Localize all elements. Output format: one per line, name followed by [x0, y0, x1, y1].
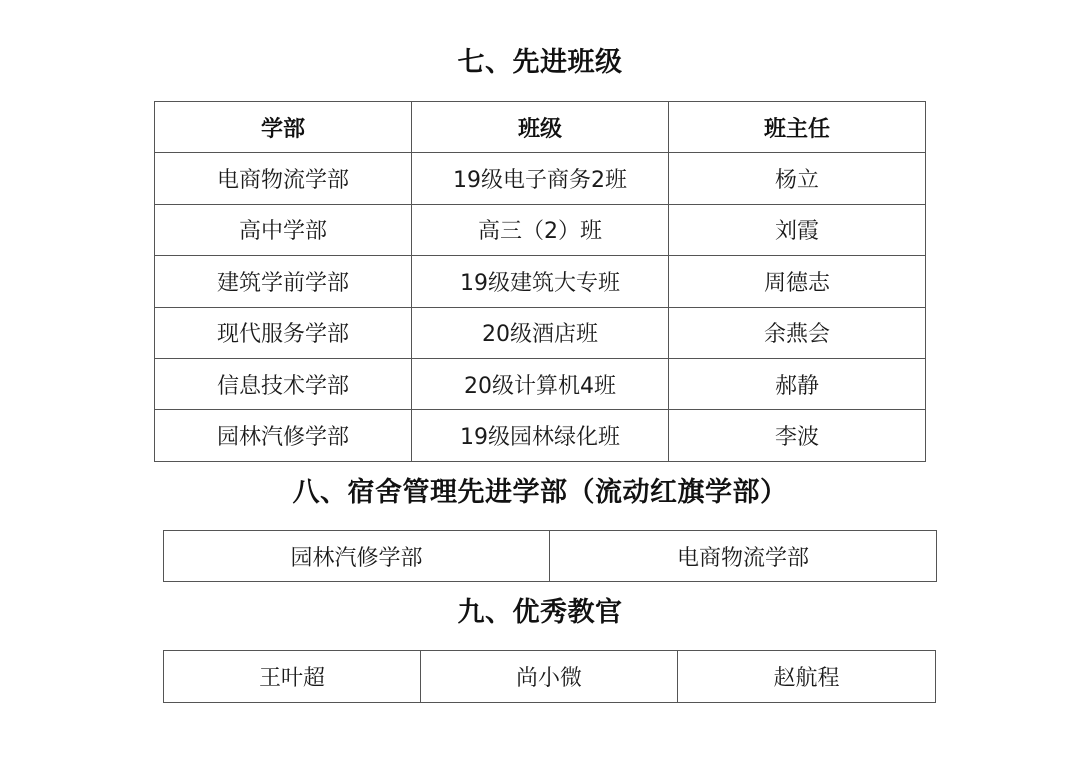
cell-head-teacher: 刘霞 [669, 204, 926, 255]
table-row: 电商物流学部 19级电子商务2班 杨立 [155, 153, 926, 204]
cell-head-teacher: 周德志 [669, 256, 926, 307]
table-row: 园林汽修学部 电商物流学部 [164, 531, 937, 582]
section-title-outstanding-instructors: 九、优秀教官 [0, 590, 1080, 629]
cell-class: 19级建筑大专班 [412, 256, 669, 307]
cell-instructor-name: 尚小微 [421, 651, 678, 703]
cell-department: 现代服务学部 [155, 307, 412, 358]
dormitory-departments-table: 园林汽修学部 电商物流学部 [163, 530, 937, 582]
cell-head-teacher: 杨立 [669, 153, 926, 204]
column-header-department: 学部 [155, 102, 412, 153]
table-row: 园林汽修学部 19级园林绿化班 李波 [155, 410, 926, 461]
cell-class: 20级酒店班 [412, 307, 669, 358]
column-header-class: 班级 [412, 102, 669, 153]
cell-head-teacher: 李波 [669, 410, 926, 461]
table-header-row: 学部 班级 班主任 [155, 102, 926, 153]
outstanding-instructors-table: 王叶超 尚小微 赵航程 [163, 650, 936, 703]
table-row: 高中学部 高三（2）班 刘霞 [155, 204, 926, 255]
cell-class: 高三（2）班 [412, 204, 669, 255]
cell-head-teacher: 郝静 [669, 358, 926, 409]
table-row: 建筑学前学部 19级建筑大专班 周德志 [155, 256, 926, 307]
cell-department: 高中学部 [155, 204, 412, 255]
cell-instructor-name: 王叶超 [164, 651, 421, 703]
cell-instructor-name: 赵航程 [678, 651, 936, 703]
table-row: 王叶超 尚小微 赵航程 [164, 651, 936, 703]
column-header-head-teacher: 班主任 [669, 102, 926, 153]
advanced-classes-table: 学部 班级 班主任 电商物流学部 19级电子商务2班 杨立 高中学部 高三（2）… [154, 101, 926, 462]
cell-class: 20级计算机4班 [412, 358, 669, 409]
cell-department: 信息技术学部 [155, 358, 412, 409]
cell-department: 园林汽修学部 [164, 531, 550, 582]
table-row: 现代服务学部 20级酒店班 余燕会 [155, 307, 926, 358]
cell-head-teacher: 余燕会 [669, 307, 926, 358]
section-title-dormitory-management: 八、宿舍管理先进学部（流动红旗学部） [0, 470, 1080, 509]
table-row: 信息技术学部 20级计算机4班 郝静 [155, 358, 926, 409]
cell-class: 19级园林绿化班 [412, 410, 669, 461]
cell-department: 园林汽修学部 [155, 410, 412, 461]
cell-class: 19级电子商务2班 [412, 153, 669, 204]
section-title-advanced-classes: 七、先进班级 [0, 40, 1080, 79]
cell-department: 电商物流学部 [155, 153, 412, 204]
cell-department: 建筑学前学部 [155, 256, 412, 307]
cell-department: 电商物流学部 [550, 531, 937, 582]
